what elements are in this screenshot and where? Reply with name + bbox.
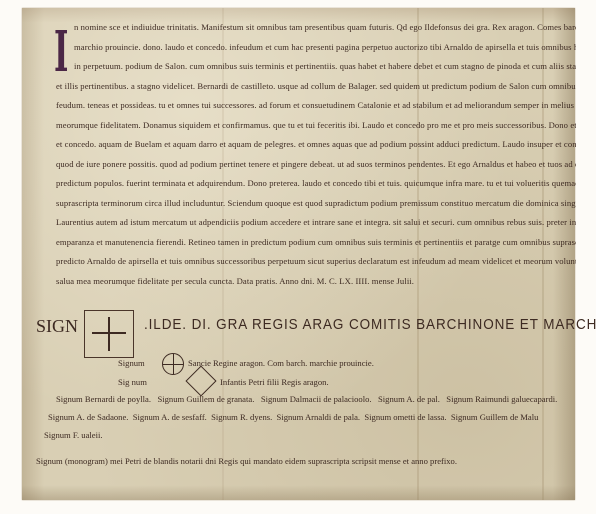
witness: Signum F. ualeii. bbox=[44, 430, 103, 440]
witness: Signum A. de Sadaone. bbox=[48, 412, 128, 422]
text-line: in perpetuum. podium de Salon. cum omnib… bbox=[56, 57, 576, 77]
royal-title: .ILDE. DI. GRA REGIS ARAG COMITIS BARCHI… bbox=[144, 316, 596, 333]
text-line: marchio prouincie. dono. laudo et conced… bbox=[56, 38, 576, 58]
signum-label: SIGN bbox=[36, 316, 78, 337]
son-signum-text: Infantis Petri filii Regis aragon. bbox=[220, 377, 329, 387]
diamond-seal-icon bbox=[185, 365, 216, 396]
witness: Signum Raimundi galuecapardi. bbox=[446, 394, 557, 404]
witness: Signum A. de sesfaff. bbox=[133, 412, 207, 422]
witness: Signum R. dyens. bbox=[211, 412, 272, 422]
witness: Signum Bernardi de poylla. bbox=[56, 394, 151, 404]
witness: Signum Guillem de granata. bbox=[157, 394, 254, 404]
witness: Signum Guillem de Malu bbox=[451, 412, 539, 422]
text-line: predicto Arnaldo de apirsella et tuis om… bbox=[56, 252, 576, 272]
witness: Signum ometti de lassa. bbox=[364, 412, 446, 422]
text-line: et concedo. aquam de Buelam et aquam dar… bbox=[56, 135, 576, 155]
witness: Signum A. de pal. bbox=[378, 394, 440, 404]
witness-row: Signum Bernardi de poylla. Signum Guille… bbox=[56, 394, 557, 404]
text-line: et illis pertinentibus. a stagno videlic… bbox=[56, 77, 576, 97]
text-line: quod de iure ponere possitis. quod ad po… bbox=[56, 155, 576, 175]
text-line: predictum populos. fuerint terminata et … bbox=[56, 174, 576, 194]
queen-signum-prefix: Signum bbox=[118, 358, 145, 368]
text-line: emparanza et manutenencia fierendi. Reti… bbox=[56, 233, 576, 253]
text-line: suprascripta terminorum circa illud incl… bbox=[56, 194, 576, 214]
cross-icon bbox=[84, 310, 134, 358]
rota-seal-icon bbox=[162, 353, 184, 375]
text-line: salua mea meorumque fidelitate per secul… bbox=[56, 272, 576, 292]
witness-row: Signum A. de Sadaone. Signum A. de sesfa… bbox=[48, 412, 538, 422]
text-line: n nomine sce et indiuidue trinitatis. Ma… bbox=[56, 18, 576, 38]
text-line: meorumque fidelitatem. Donamus siquidem … bbox=[56, 116, 576, 136]
witness-row: Signum F. ualeii. bbox=[44, 430, 103, 440]
witness: Signum Dalmacii de palacioolo. bbox=[261, 394, 372, 404]
royal-signum: SIGN .ILDE. DI. GRA REGIS ARAG COMITIS B… bbox=[36, 310, 556, 350]
text-line: Laurentius autem ad istum mercatum ut ad… bbox=[56, 213, 576, 233]
witness: Signum Arnaldi de pala. bbox=[277, 412, 361, 422]
parchment-charter: I n nomine sce et indiuidue trinitatis. … bbox=[22, 8, 575, 500]
son-signum-prefix: Sig num bbox=[118, 377, 147, 387]
scribe-subscription: Signum (monogram) mei Petri de blandis n… bbox=[36, 456, 457, 466]
text-line: feudum. teneas et possideas. tu et omnes… bbox=[56, 96, 576, 116]
charter-body-text: n nomine sce et indiuidue trinitatis. Ma… bbox=[56, 18, 576, 291]
queen-signum-text: Sancie Regine aragon. Com barch. marchie… bbox=[188, 358, 374, 368]
